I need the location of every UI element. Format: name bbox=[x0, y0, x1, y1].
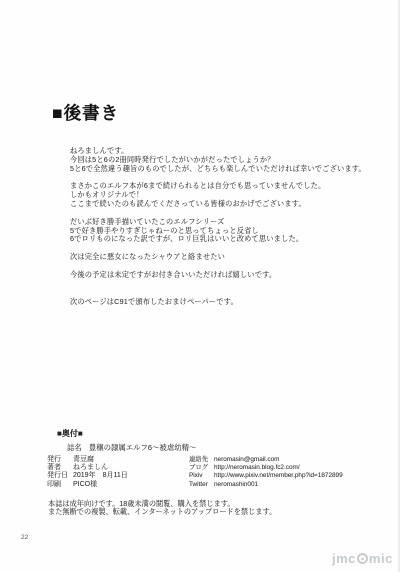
afterword-paragraph: ねろましんです。 今回は5と6の2冊同時発行でしたがいかがだったでしょうか？ 5… bbox=[70, 147, 390, 173]
watermark-text-left: jmc bbox=[332, 551, 356, 566]
afterword-paragraph: 今後の予定は未定ですがお付き合いいただければ嬉しいです。 bbox=[70, 271, 390, 280]
text-line: 5と6で全然違う趣旨のものでしたが、どちらも楽しんでいただければ幸いでございます… bbox=[70, 165, 390, 174]
row-value: PICO様 bbox=[73, 481, 97, 488]
text-line: 次のページはC91で頒布したおまけペーパーです。 bbox=[70, 298, 390, 307]
row-value: ねろましん bbox=[73, 464, 108, 471]
row-value: http://www.pixiv.net/member.php?id=18728… bbox=[214, 472, 343, 479]
jmcomic-logo-icon bbox=[357, 553, 368, 564]
afterword-page: ■後書き ねろましんです。 今回は5と6の2冊同時発行でしたがいかがだったでしょ… bbox=[0, 0, 400, 572]
afterword-paragraph: まさかこのエルフ本が6まで続けられるとは自分でも思っていませんでした。 しかもオ… bbox=[70, 182, 390, 208]
notice-line: また無断での複製、転載、インターネットのアップロードを禁じます。 bbox=[48, 508, 276, 516]
colophon-row-email: 連絡先neromasin@gmail.com bbox=[189, 456, 343, 464]
row-label: 発行日 bbox=[47, 472, 73, 480]
text-line: 次は完全に悪女になったシャウアと絡ませたい bbox=[70, 253, 390, 262]
row-label: Pixiv bbox=[189, 472, 214, 480]
afterword-text: ねろましんです。 今回は5と6の2冊同時発行でしたがいかがだったでしょうか？ 5… bbox=[70, 147, 390, 316]
afterword-paragraph: 次は完全に悪女になったシャウアと絡ませたい bbox=[70, 253, 390, 262]
page-title: ■後書き bbox=[52, 100, 119, 125]
colophon-publisher-block: 発行青豆腐 著者ねろましん 発行日2019年 8月11日 印刷PICO様 bbox=[47, 456, 128, 489]
row-label: 連絡先 bbox=[189, 456, 214, 464]
text-line: ここまで続いたのも読んでくださっている皆様のおかげでございます。 bbox=[70, 200, 390, 209]
adult-notice: 本誌は成年向けです。18歳未満の閲覧、購入を禁じます。 また無断での複製、転載、… bbox=[48, 500, 276, 517]
row-label: 印刷 bbox=[47, 481, 73, 489]
colophon-row-printer: 印刷PICO様 bbox=[47, 481, 128, 489]
colophon-row-publisher: 発行青豆腐 bbox=[47, 456, 128, 464]
row-value: http://neromasin.blog.fc2.com/ bbox=[214, 464, 300, 471]
afterword-paragraph: 次のページはC91で頒布したおまけペーパーです。 bbox=[70, 298, 390, 307]
row-label: Twitter bbox=[189, 481, 214, 489]
row-value: neromasin@gmail.com bbox=[214, 456, 279, 463]
row-value: neromashin001 bbox=[214, 481, 258, 488]
row-value: 青豆腐 bbox=[73, 456, 94, 463]
afterword-paragraph: だいぶ好き勝手描いていたこのエルフシリーズ 5で好き勝手やりすぎじゃねーのと思っ… bbox=[70, 218, 390, 244]
colophon-row-twitter: Twitterneromashin001 bbox=[189, 481, 343, 489]
row-label: 発行 bbox=[47, 456, 73, 464]
page-number: 22 bbox=[21, 534, 28, 541]
colophon-heading: ■奥付■ bbox=[57, 428, 83, 439]
book-title-label: 誌名 bbox=[67, 443, 82, 452]
colophon-row-pixiv: Pixivhttp://www.pixiv.net/member.php?id=… bbox=[189, 472, 343, 480]
book-title-line: 誌名豊穣の隷属エルフ6～被虐幼精～ bbox=[67, 442, 196, 453]
colophon-row-date: 発行日2019年 8月11日 bbox=[47, 472, 128, 480]
text-line: 今後の予定は未定ですがお付き合いいただければ嬉しいです。 bbox=[70, 271, 390, 280]
jmcomic-watermark: jmcmic bbox=[332, 551, 393, 566]
book-title: 豊穣の隷属エルフ6～被虐幼精～ bbox=[89, 443, 197, 452]
row-value: 2019年 8月11日 bbox=[73, 472, 128, 479]
text-line: 6でロリものになった訳ですが、ロリ巨乳はいいと改めて思いました。 bbox=[70, 235, 390, 244]
colophon-contact-block: 連絡先neromasin@gmail.com ブログhttp://neromas… bbox=[189, 456, 343, 489]
watermark-text-right: mic bbox=[369, 551, 393, 566]
